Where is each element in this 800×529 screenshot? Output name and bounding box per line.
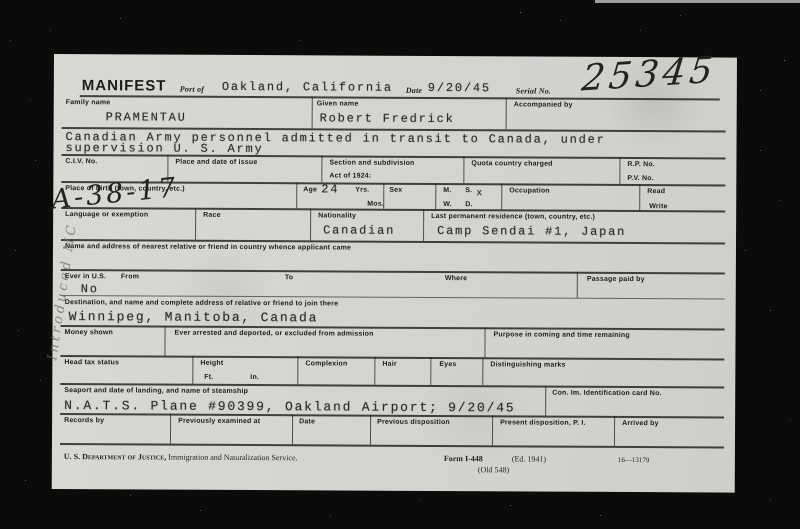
- print-code: 16—13179: [618, 457, 650, 464]
- divider-line: [484, 327, 485, 357]
- read-label: Read: [647, 188, 665, 195]
- divorced-label: D.: [465, 201, 472, 208]
- quota-country-label: Quota country charged: [471, 160, 552, 167]
- from-label: From: [121, 273, 139, 280]
- nationality-value: Canadian: [323, 224, 395, 236]
- divider-line: [430, 357, 431, 385]
- pv-no-label: P.V. No.: [627, 175, 654, 182]
- occupation-label: Occupation: [509, 187, 550, 194]
- divider-line: [297, 356, 298, 384]
- single-x-mark: x: [476, 189, 483, 199]
- divider-line: [545, 386, 546, 416]
- rule-line: [60, 443, 724, 448]
- divider-line: [501, 183, 502, 209]
- to-label: To: [285, 274, 293, 281]
- civ-no-label: C.I.V. No.: [65, 158, 97, 165]
- divider-line: [170, 414, 171, 444]
- divider-line: [492, 415, 493, 445]
- accompanied-by-label: Accompanied by: [514, 101, 573, 108]
- married-label: M.: [443, 187, 451, 194]
- present-disposition-label: Present disposition, P. I.: [500, 419, 586, 426]
- previous-disposition-label: Previous disposition: [377, 419, 450, 426]
- port-value: Oakland, California: [222, 81, 393, 94]
- purpose-coming-label: Purpose in coming and time remaining: [494, 331, 630, 339]
- yrs-label: Yrs.: [355, 187, 369, 194]
- single-label: S.: [465, 187, 472, 194]
- film-speckles: [0, 0, 1, 1]
- records-date-label: Date: [299, 418, 315, 425]
- section-subdivision-label: Section and subdivision: [329, 159, 414, 166]
- date-label: Date: [406, 87, 422, 95]
- form-edition: (Ed. 1941): [512, 455, 546, 463]
- passage-paid-label: Passage paid by: [587, 276, 645, 283]
- rule-line: [60, 355, 724, 360]
- rule-line: [61, 269, 725, 274]
- divider-line: [423, 209, 424, 241]
- rule-line: [61, 154, 725, 159]
- given-name-label: Given name: [317, 100, 359, 107]
- place-date-issue-label: Place and date of issue: [175, 159, 257, 166]
- divider-line: [292, 414, 293, 444]
- divider-line: [192, 356, 193, 384]
- distinguishing-marks-label: Distinguishing marks: [490, 361, 565, 368]
- act-1924-label: Act of 1924:: [329, 172, 371, 179]
- nationality-label: Nationality: [318, 212, 356, 219]
- date-value: 9/20/45: [428, 82, 491, 94]
- arrived-by-label: Arrived by: [622, 420, 659, 427]
- ever-arrested-label: Ever arrested and deported, or excluded …: [175, 330, 374, 338]
- remark-line-2: supervision U. S. Army: [65, 142, 263, 155]
- rule-line: [60, 413, 724, 418]
- form-old-number: (Old 548): [478, 466, 509, 474]
- divider-line: [639, 184, 640, 210]
- divider-line: [310, 208, 311, 240]
- rp-no-label: R.P. No.: [627, 161, 655, 168]
- divider-line: [482, 357, 483, 385]
- divider-line: [435, 183, 436, 209]
- agency-department: U. S. Department of Justice,: [64, 452, 166, 462]
- destination-label: Destination, and name and complete addre…: [65, 299, 339, 307]
- divider-line: [383, 183, 384, 209]
- scanned-microfilm-frame: MANIFEST Port of Oakland, California Dat…: [0, 0, 800, 529]
- money-shown-label: Money shown: [65, 329, 114, 336]
- divider-line: [374, 357, 375, 385]
- divider-line: [506, 97, 507, 129]
- where-label: Where: [445, 275, 467, 282]
- hair-label: Hair: [382, 361, 396, 368]
- manifest-title: MANIFEST: [82, 78, 167, 93]
- divider-line: [164, 326, 165, 356]
- feet-label: Ft.: [204, 374, 213, 381]
- divider-line: [370, 415, 371, 445]
- height-label: Height: [200, 360, 223, 367]
- previously-examined-label: Previously examined at: [178, 418, 260, 425]
- last-residence-label: Last permanent residence (town, country,…: [431, 213, 595, 221]
- rule-line: [61, 207, 725, 212]
- divider-line: [463, 156, 464, 183]
- age-label: Age: [303, 186, 317, 193]
- divider-line: [296, 182, 297, 208]
- serial-label: Serial No.: [516, 87, 551, 95]
- port-label: Port of: [180, 86, 204, 94]
- nearest-relative-label: Name and address of nearest relative or …: [65, 243, 351, 251]
- divider-line: [321, 155, 322, 182]
- inches-label: In.: [250, 374, 259, 381]
- agency-line: U. S. Department of Justice, Immigration…: [64, 453, 298, 462]
- agency-service: Immigration and Naturalization Service.: [166, 453, 297, 463]
- family-name-label: Family name: [66, 99, 111, 106]
- divider-line: [619, 157, 620, 184]
- rule-line: [61, 325, 725, 330]
- divider-line: [312, 96, 313, 128]
- serial-value-handwritten: 25345: [580, 53, 718, 98]
- race-label: Race: [203, 212, 221, 219]
- eyes-label: Eyes: [439, 361, 456, 368]
- given-name-value: Robert Fredrick: [320, 112, 455, 125]
- mos-label: Mos.: [367, 201, 384, 208]
- seaport-landing-value: N.A.T.S. Plane #90399, Oakland Airport; …: [64, 399, 515, 414]
- divider-line: [577, 272, 578, 298]
- last-residence-value: Camp Sendai #1, Japan: [437, 225, 626, 238]
- head-tax-label: Head tax status: [64, 359, 119, 366]
- film-edge-strip: [595, 0, 800, 3]
- divider-line: [614, 416, 615, 446]
- manifest-card: MANIFEST Port of Oakland, California Dat…: [52, 54, 737, 493]
- records-by-label: Records by: [64, 417, 104, 424]
- age-value: 24: [321, 183, 339, 195]
- ever-in-us-value: No: [81, 283, 99, 295]
- con-im-card-no-label: Con. Im. Identification card No.: [552, 390, 662, 398]
- seaport-landing-label: Seaport and date of landing, and name of…: [64, 387, 248, 395]
- form-number: Form I-448: [444, 455, 483, 463]
- complexion-label: Complexion: [305, 360, 347, 367]
- destination-value: Winnipeg, Manitoba, Canada: [69, 310, 319, 324]
- divider-line: [195, 208, 196, 240]
- widowed-label: W.: [443, 201, 452, 208]
- family-name-value: PRAMENTAU: [106, 111, 187, 123]
- sex-label: Sex: [389, 187, 402, 194]
